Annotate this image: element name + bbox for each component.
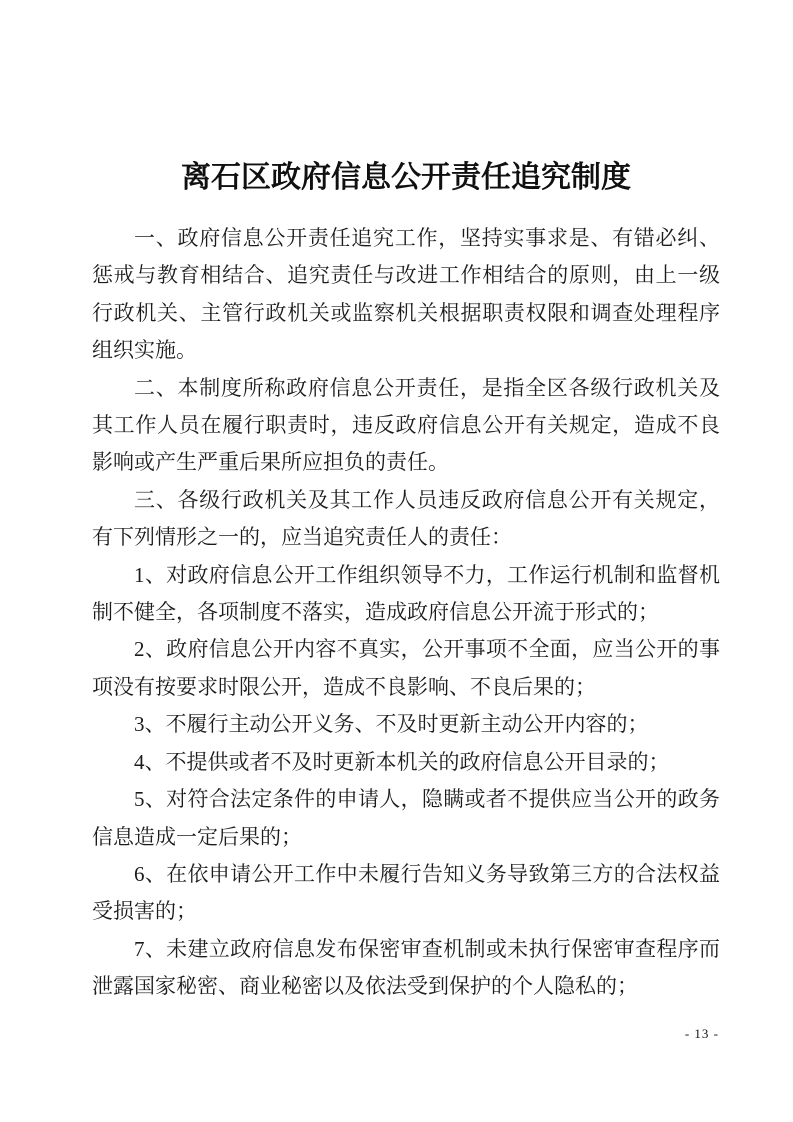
paragraph-item-1: 1、对政府信息公开工作组织领导不力，工作运行机制和监督机制不健全，各项制度不落实… — [92, 557, 720, 632]
paragraph-3: 三、各级行政机关及其工作人员违反政府信息公开有关规定，有下列情形之一的，应当追究… — [92, 482, 720, 557]
page-number: - 13 - — [685, 1026, 719, 1042]
paragraph-item-3: 3、不履行主动公开义务、不及时更新主动公开内容的； — [92, 706, 720, 743]
document-content: 离石区政府信息公开责任追究制度 一、政府信息公开责任追究工作，坚持实事求是、有错… — [92, 158, 720, 1006]
paragraph-1: 一、政府信息公开责任追究工作，坚持实事求是、有错必纠、惩戒与教育相结合、追究责任… — [92, 220, 720, 370]
paragraph-2: 二、本制度所称政府信息公开责任，是指全区各级行政机关及其工作人员在履行职责时，违… — [92, 370, 720, 482]
paragraph-item-4: 4、不提供或者不及时更新本机关的政府信息公开目录的； — [92, 744, 720, 781]
document-page: 离石区政府信息公开责任追究制度 一、政府信息公开责任追究工作，坚持实事求是、有错… — [0, 0, 793, 1122]
document-title: 离石区政府信息公开责任追究制度 — [92, 158, 720, 198]
paragraph-item-7: 7、未建立政府信息发布保密审查机制或未执行保密审查程序而泄露国家秘密、商业秘密以… — [92, 931, 720, 1006]
paragraph-item-6: 6、在依申请公开工作中未履行告知义务导致第三方的合法权益受损害的； — [92, 856, 720, 931]
paragraph-item-5: 5、对符合法定条件的申请人，隐瞒或者不提供应当公开的政务信息造成一定后果的； — [92, 781, 720, 856]
paragraph-item-2: 2、政府信息公开内容不真实，公开事项不全面，应当公开的事项没有按要求时限公开，造… — [92, 631, 720, 706]
